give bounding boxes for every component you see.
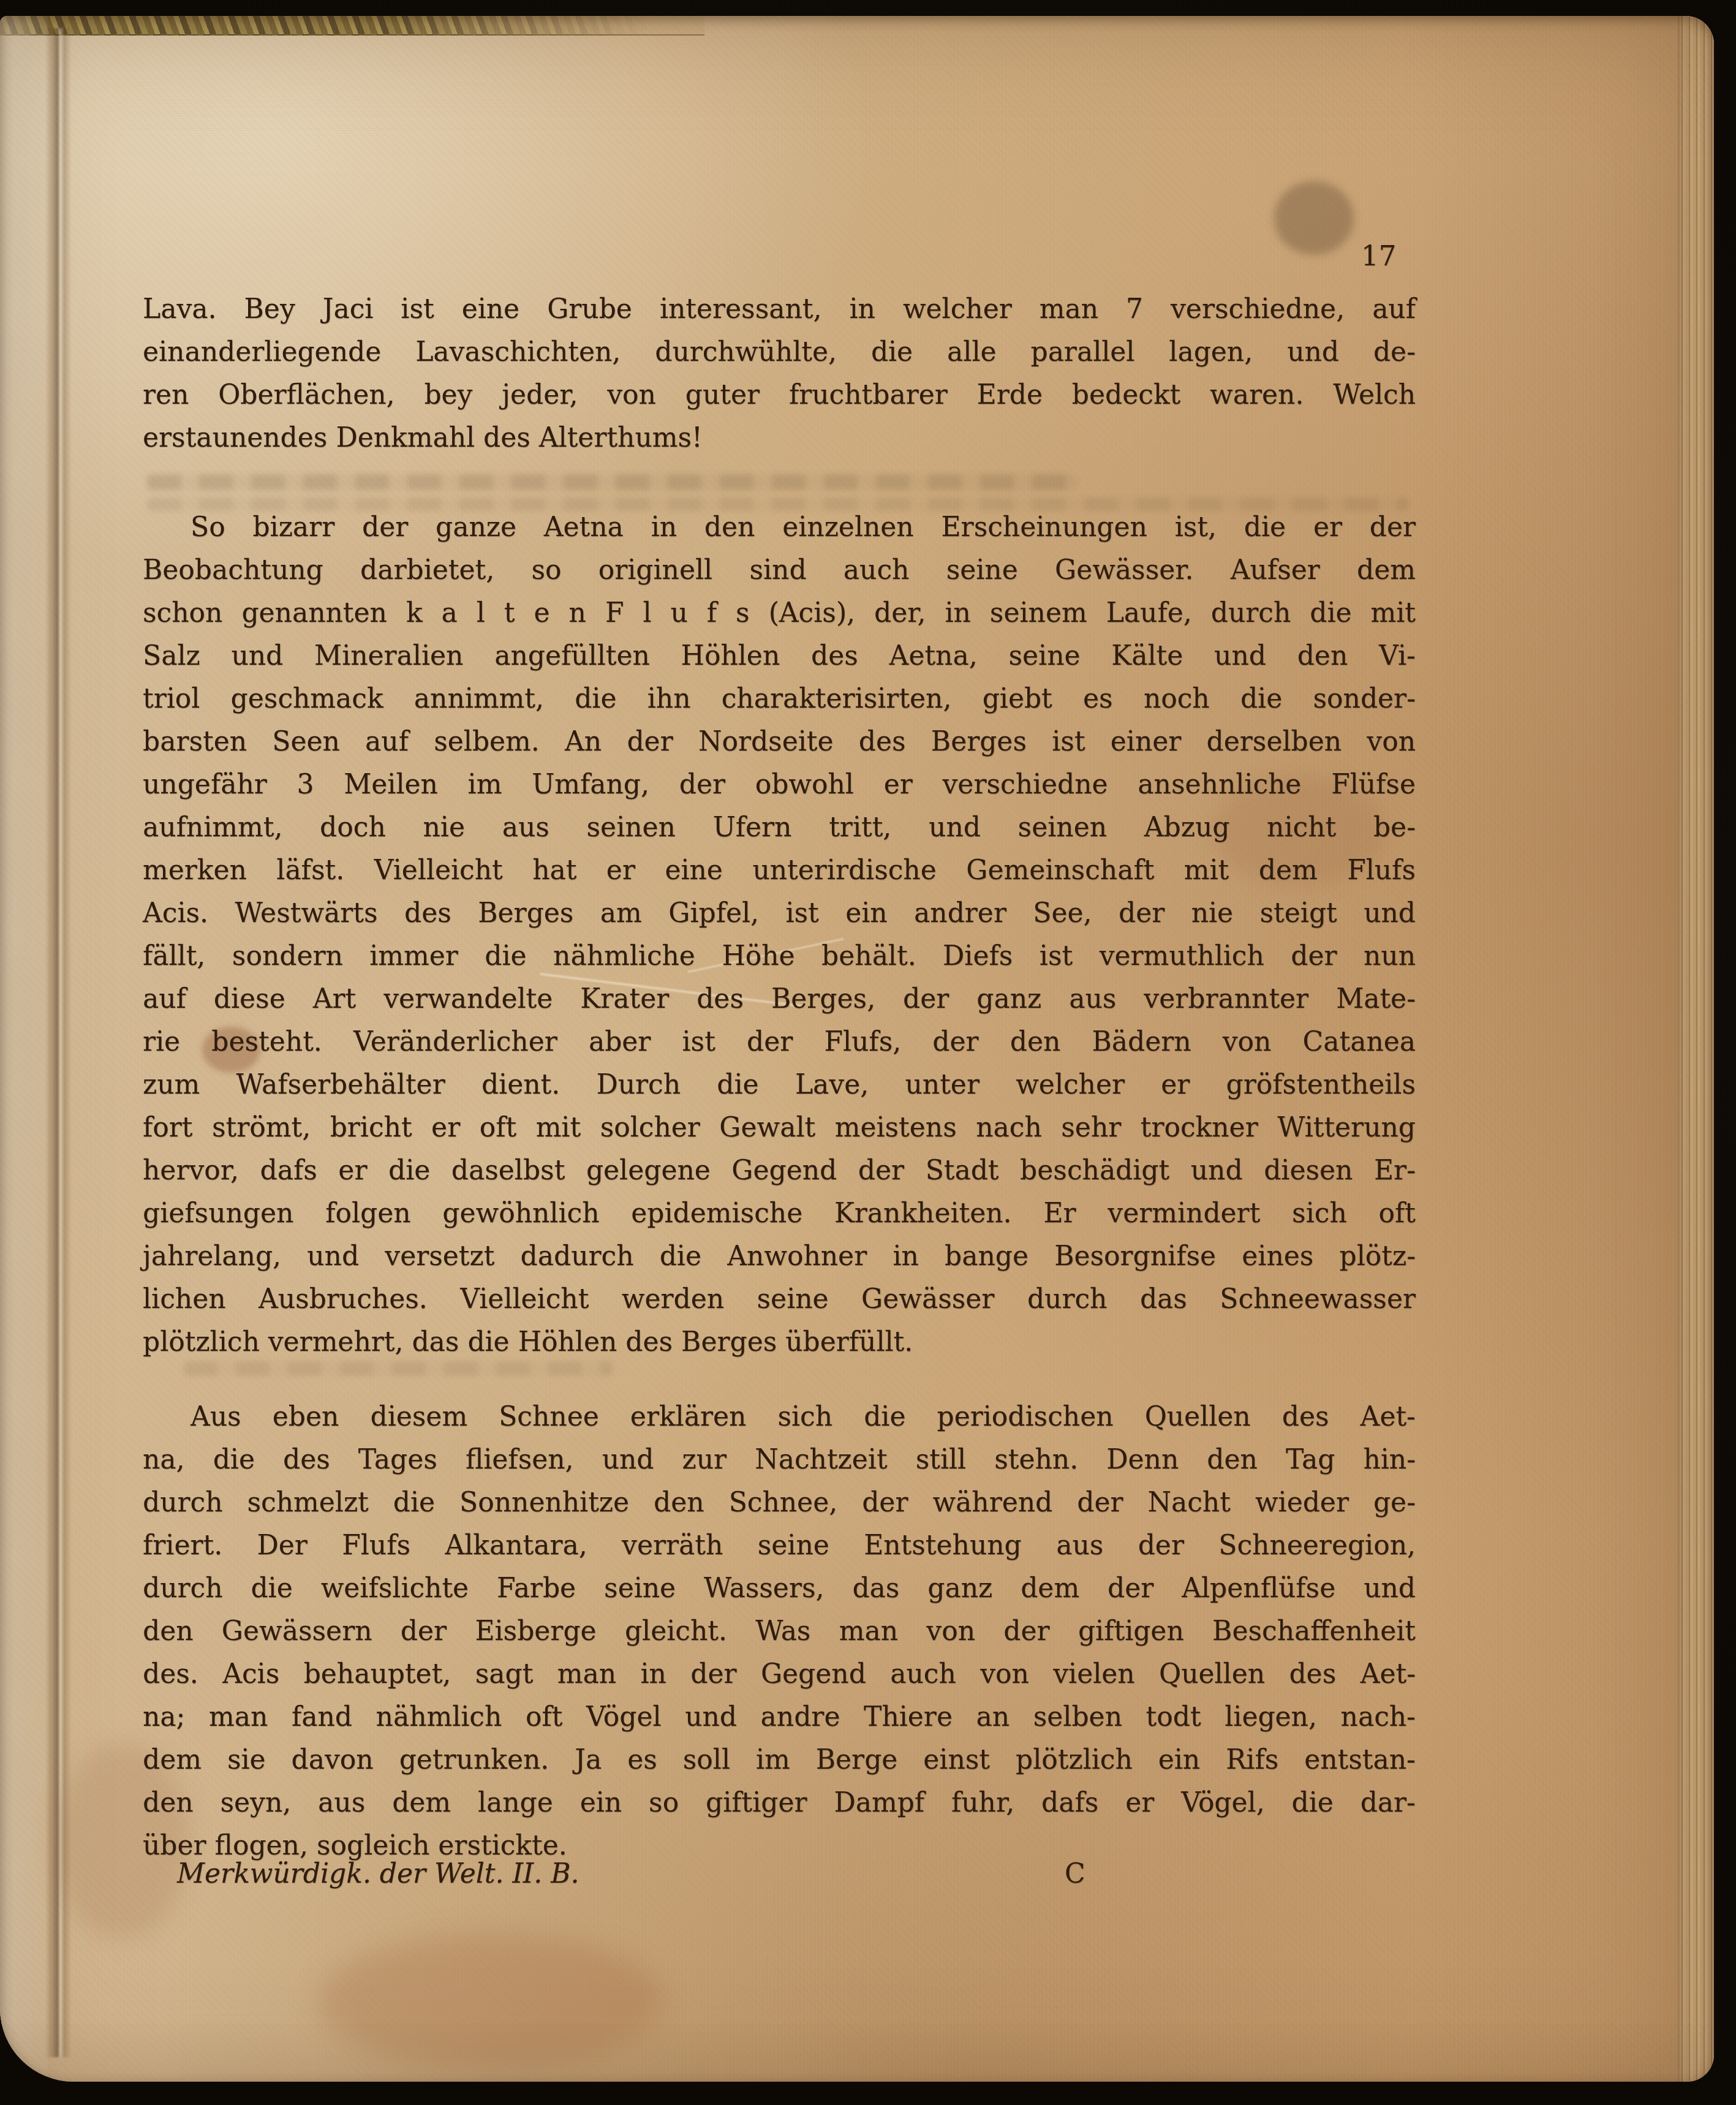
text-line: hervor, dafs er die daselbst gelegene Ge… — [143, 1149, 1416, 1192]
text-line: na, die des Tages fliefsen, und zur Nach… — [143, 1438, 1416, 1481]
text-line: merken läfst. Vielleicht hat er eine unt… — [143, 849, 1416, 892]
stain — [1274, 181, 1354, 255]
text-line: auf diese Art verwandelte Krater des Ber… — [143, 978, 1416, 1021]
text-line: Lava. Bey Jaci ist eine Grube interessan… — [143, 288, 1416, 331]
text-line: einanderliegende Lavaschichten, durchwüh… — [143, 331, 1416, 374]
text-line: plötzlich vermehrt, das die Höhlen des B… — [143, 1321, 1416, 1364]
text-line: So bizarr der ganze Aetna in den einzeln… — [143, 506, 1416, 549]
text-line: durch schmelzt die Sonnenhitze den Schne… — [143, 1481, 1416, 1524]
text-line: Beobachtung darbietet, so originell sind… — [143, 549, 1416, 592]
paragraph: Aus eben diesem Schnee erklären sich die… — [143, 1396, 1416, 1867]
text-line: des. Acis behauptet, sagt man in der Geg… — [143, 1653, 1416, 1696]
paragraph: Lava. Bey Jaci ist eine Grube interessan… — [143, 288, 1416, 459]
text-line: fort strömt, bricht er oft mit solcher G… — [143, 1106, 1416, 1149]
paragraph: So bizarr der ganze Aetna in den einzeln… — [143, 506, 1416, 1364]
scanned-book-photo: 17 Lava. Bey Jaci ist eine Grube interes… — [0, 0, 1736, 2105]
text-line: ungefähr 3 Meilen im Umfang, der obwohl … — [143, 763, 1416, 806]
text-line: durch die weifslichte Farbe seine Wasser… — [143, 1567, 1416, 1610]
text-line: Salz und Mineralien angefüllten Höhlen d… — [143, 635, 1416, 678]
text-line: giefsungen folgen gewöhnlich epidemische… — [143, 1192, 1416, 1235]
right-edge-shading — [1416, 16, 1680, 2082]
text-line: erstaunendes Denkmahl des Alterthums! — [143, 417, 1416, 459]
page-edge-stack — [1678, 16, 1714, 2082]
text-line: dem sie davon getrunken. Ja es soll im B… — [143, 1739, 1416, 1782]
text-line: schon genannten k a l t e n F l u f s (A… — [143, 592, 1416, 635]
text-line: rie besteht. Veränderlicher aber ist der… — [143, 1021, 1416, 1064]
text-line: barsten Seen auf selbem. An der Nordseit… — [143, 720, 1416, 763]
text-line: lichen Ausbruches. Vielleicht werden sei… — [143, 1278, 1416, 1321]
text-line: Acis. Westwärts des Berges am Gipfel, is… — [143, 892, 1416, 935]
text-line: den seyn, aus dem lange ein so giftiger … — [143, 1782, 1416, 1824]
text-line: aufnimmt, doch nie aus seinen Ufern trit… — [143, 806, 1416, 849]
text-line: ren Oberflächen, bey jeder, von guter fr… — [143, 374, 1416, 417]
gilt-top-edge — [0, 16, 704, 36]
gutter-pale-strip — [0, 16, 48, 2082]
stain — [319, 1933, 662, 2068]
text-line: friert. Der Flufs Alkantara, verräth sei… — [143, 1524, 1416, 1567]
text-line: Aus eben diesem Schnee erklären sich die… — [143, 1396, 1416, 1438]
text-line: jahrelang, und versetzt dadurch die Anwo… — [143, 1235, 1416, 1278]
gathering-mark: C — [1065, 1853, 1085, 1895]
text-line: fällt, sondern immer die nähmliche Höhe … — [143, 935, 1416, 978]
text-line: triol geschmack annimmt, die ihn charakt… — [143, 678, 1416, 720]
text-line: den Gewässern der Eisberge gleicht. Was … — [143, 1610, 1416, 1653]
text-line: zum Wafserbehälter dient. Durch die Lave… — [143, 1064, 1416, 1106]
text-line: na; man fand nähmlich oft Vögel und andr… — [143, 1696, 1416, 1739]
gutter-crease — [45, 28, 71, 2057]
show-through-text — [147, 474, 1078, 490]
footer-signature-title: Merkwürdigk. der Welt. II. B. — [177, 1853, 579, 1895]
book-page: 17 Lava. Bey Jaci ist eine Grube interes… — [0, 16, 1714, 2082]
footer: Merkwürdigk. der Welt. II. B. C — [143, 1853, 1416, 1895]
page-number: 17 — [1361, 238, 1396, 274]
